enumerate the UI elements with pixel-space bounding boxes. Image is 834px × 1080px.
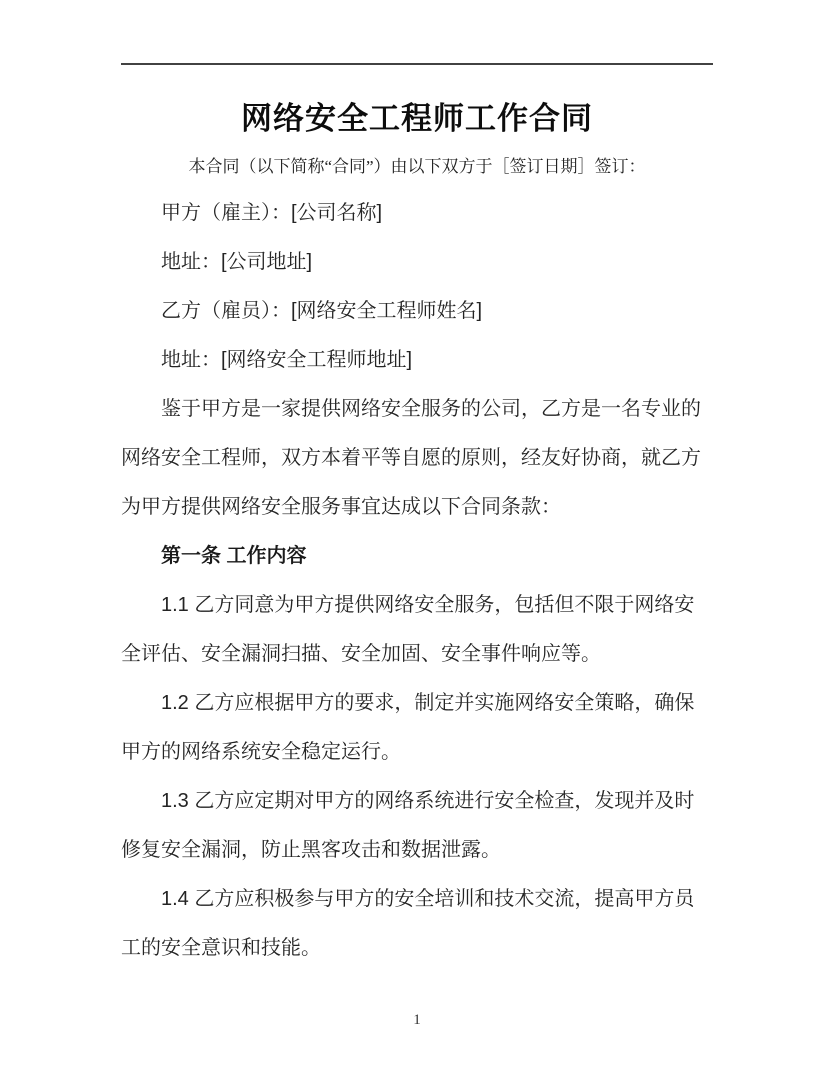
party-b-address-line: 地址：[网络安全工程师地址]: [121, 336, 713, 385]
contract-document-page: 网络安全工程师工作合同 本合同（以下简称“合同”）由以下双方于［签订日期］签订：…: [0, 0, 834, 1080]
clause-1-4: 1.4 乙方应积极参与甲方的安全培训和技术交流，提高甲方员工的安全意识和技能。: [121, 875, 713, 973]
section-1-heading: 第一条 工作内容: [121, 532, 713, 581]
clause-1-1: 1.1 乙方同意为甲方提供网络安全服务，包括但不限于网络安全评估、安全漏洞扫描、…: [121, 581, 713, 679]
header-divider-rule: [121, 63, 713, 65]
party-a-address-line: 地址：[公司地址]: [121, 238, 713, 287]
page-number: 1: [0, 1010, 834, 1030]
party-a-line: 甲方（雇主）：[公司名称]: [121, 189, 713, 238]
preamble-paragraph: 鉴于甲方是一家提供网络安全服务的公司，乙方是一名专业的网络安全工程师，双方本着平…: [121, 385, 713, 532]
document-title: 网络安全工程师工作合同: [121, 92, 713, 145]
clause-1-3: 1.3 乙方应定期对甲方的网络系统进行安全检查，发现并及时修复安全漏洞，防止黑客…: [121, 777, 713, 875]
party-b-line: 乙方（雇员）：[网络安全工程师姓名]: [121, 287, 713, 336]
contract-intro-line: 本合同（以下简称“合同”）由以下双方于［签订日期］签订：: [121, 145, 713, 189]
clause-1-2: 1.2 乙方应根据甲方的要求，制定并实施网络安全策略，确保甲方的网络系统安全稳定…: [121, 679, 713, 777]
